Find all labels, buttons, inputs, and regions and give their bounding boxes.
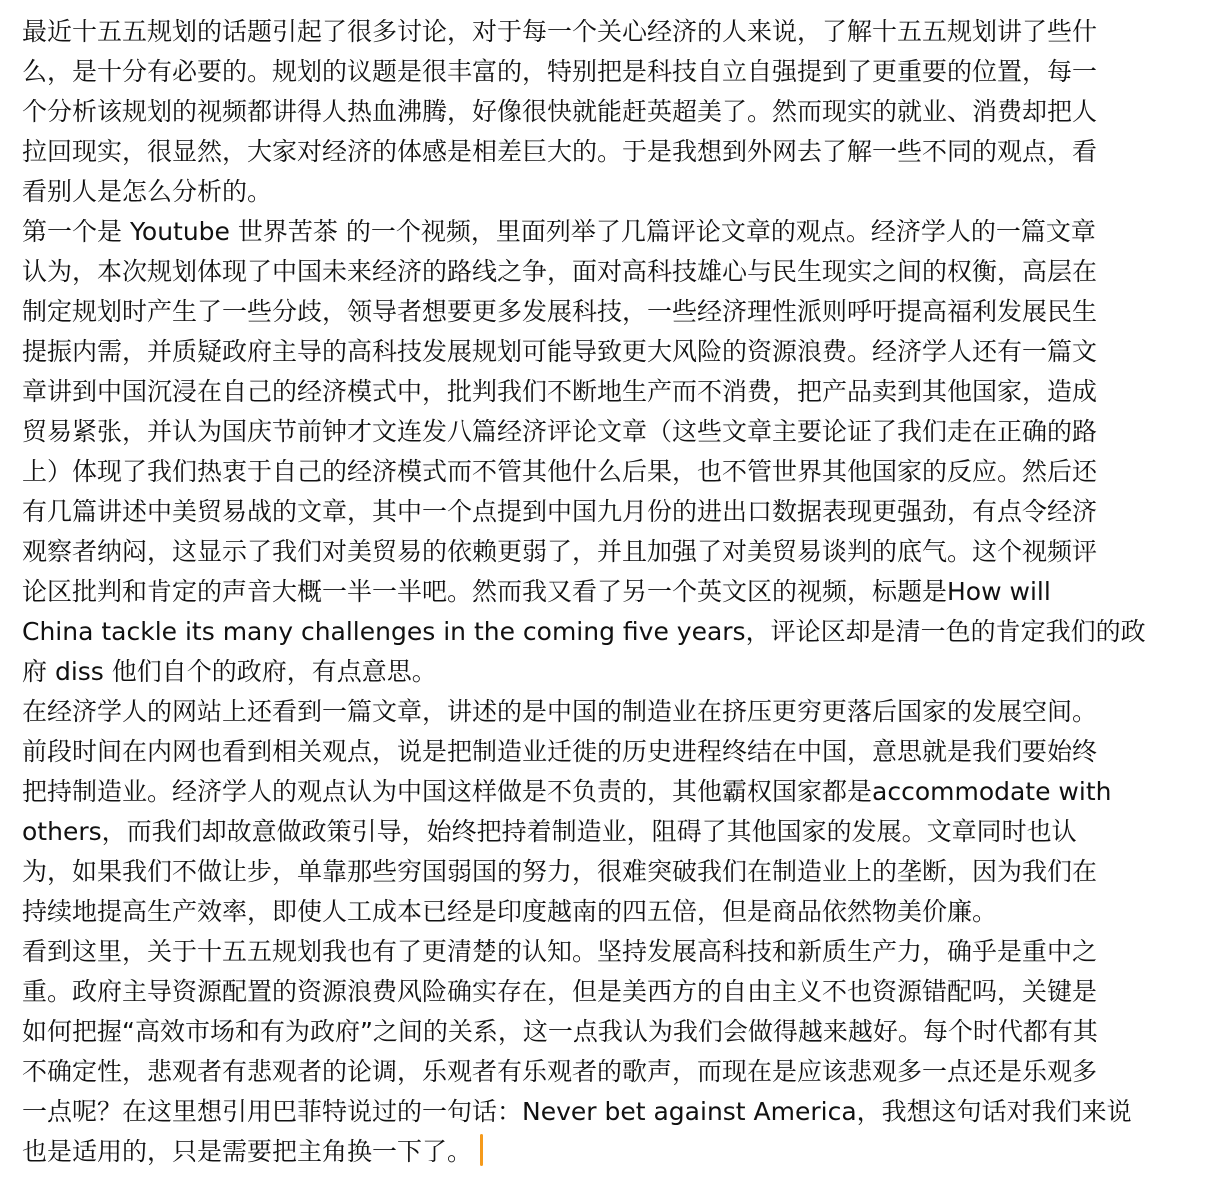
text-line: 为，如果我们不做让步，单靠那些穷国弱国的努力，很难突破我们在制造业上的垄断，因为… [22,852,1222,892]
text-line: 拉回现实，很显然，大家对经济的体感是相差巨大的。于是我想到外网去了解一些不同的观… [22,132,1222,172]
text-line: 论区批判和肯定的声音大概一半一半吧。然而我又看了另一个英文区的视频，标题是How… [22,572,1222,612]
text-editor[interactable]: 最近十五五规划的话题引起了很多讨论，对于每一个关心经济的人来说，了解十五五规划讲… [22,12,1222,1172]
text-line: 一点呢？在这里想引用巴菲特说过的一句话：Never bet against Am… [22,1092,1222,1132]
text-line: 章讲到中国沉浸在自己的经济模式中，批判我们不断地生产而不消费，把产品卖到其他国家… [22,372,1222,412]
text-line: 前段时间在内网也看到相关观点，说是把制造业迁徙的历史进程终结在中国，意思就是我们… [22,732,1222,772]
text-line: 最近十五五规划的话题引起了很多讨论，对于每一个关心经济的人来说，了解十五五规划讲… [22,12,1222,52]
text-line-content: 也是适用的，只是需要把主角换一下了。 [22,1137,472,1166]
text-line: 看别人是怎么分析的。 [22,172,1222,212]
text-line: 府 diss 他们自个的政府，有点意思。 [22,652,1222,692]
text-line: 重。政府主导资源配置的资源浪费风险确实存在，但是美西方的自由主义不也资源错配吗，… [22,972,1222,1012]
text-line: 上）体现了我们热衷于自己的经济模式而不管其他什么后果，也不管世界其他国家的反应。… [22,452,1222,492]
text-line: 不确定性，悲观者有悲观者的论调，乐观者有乐观者的歌声，而现在是应该悲观多一点还是… [22,1052,1222,1092]
text-line: 个分析该规划的视频都讲得人热血沸腾，好像很快就能赶英超美了。然而现实的就业、消费… [22,92,1222,132]
text-line: 在经济学人的网站上还看到一篇文章，讲述的是中国的制造业在挤压更穷更落后国家的发展… [22,692,1222,732]
text-line: 把持制造业。经济学人的观点认为中国这样做是不负责的，其他霸权国家都是accomm… [22,772,1222,812]
text-line: 持续地提高生产效率，即使人工成本已经是印度越南的四五倍，但是商品依然物美价廉。 [22,892,1222,932]
text-line-last: 也是适用的，只是需要把主角换一下了。 [22,1132,1222,1172]
text-line: 制定规划时产生了一些分歧，领导者想要更多发展科技，一些经济理性派则呼吁提高福利发… [22,292,1222,332]
text-line: 第一个是 Youtube 世界苦茶 的一个视频，里面列举了几篇评论文章的观点。经… [22,212,1222,252]
text-line: 认为，本次规划体现了中国未来经济的路线之争，面对高科技雄心与民生现实之间的权衡，… [22,252,1222,292]
text-line: 看到这里，关于十五五规划我也有了更清楚的认知。坚持发展高科技和新质生产力，确乎是… [22,932,1222,972]
text-line: 么，是十分有必要的。规划的议题是很丰富的，特别把是科技自立自强提到了更重要的位置… [22,52,1222,92]
text-cursor [480,1134,483,1166]
text-line: 有几篇讲述中美贸易战的文章，其中一个点提到中国九月份的进出口数据表现更强劲，有点… [22,492,1222,532]
text-line: 观察者纳闷，这显示了我们对美贸易的依赖更弱了，并且加强了对美贸易谈判的底气。这个… [22,532,1222,572]
text-line: others，而我们却故意做政策引导，始终把持着制造业，阻碍了其他国家的发展。文… [22,812,1222,852]
text-line: 提振内需，并质疑政府主导的高科技发展规划可能导致更大风险的资源浪费。经济学人还有… [22,332,1222,372]
text-line: 如何把握“高效市场和有为政府”之间的关系，这一点我认为我们会做得越来越好。每个时… [22,1012,1222,1052]
text-line: 贸易紧张，并认为国庆节前钟才文连发八篇经济评论文章（这些文章主要论证了我们走在正… [22,412,1222,452]
text-line: China tackle its many challenges in the … [22,612,1222,652]
